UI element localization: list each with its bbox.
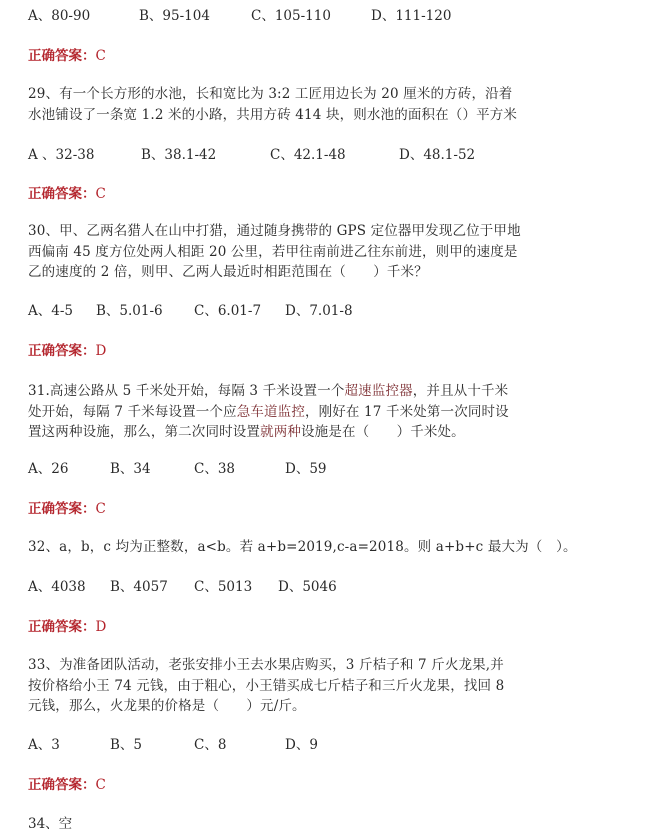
q32-correct-answer: 正确答案：D: [28, 619, 106, 635]
answer-letter: D: [96, 619, 107, 635]
q33-question-text: 33、为准备团队活动，老张安排小王去水果店购买，3 斤桔子和 7 斤火龙果,并 …: [28, 655, 558, 717]
answer-letter: C: [96, 48, 106, 64]
answer-letter: C: [96, 186, 106, 202]
q33-option-d: D、9: [285, 737, 318, 753]
q30-question-text: 30、甲、乙两名猎人在山中打猎，通过随身携带的 GPS 定位器甲发现乙位于甲地 …: [28, 221, 558, 283]
q28-option-d: D、111-120: [371, 8, 451, 24]
q34-question-text: 34、空: [28, 816, 72, 832]
q29-correct-answer: 正确答案：C: [28, 186, 106, 202]
q29-line-1: 29、有一个长方形的水池，长和宽比为 3:2 工匠用边长为 20 厘米的方砖，沿…: [28, 84, 558, 105]
q31-line-1-text-end: ，并且从十千米: [413, 383, 509, 399]
answer-letter: D: [96, 343, 107, 359]
q31-option-d: D、59: [285, 461, 327, 477]
q29-option-c: C、42.1-48: [270, 147, 346, 163]
q32-option-b: B、4057: [110, 579, 168, 595]
q32-option-c: C、5013: [194, 579, 252, 595]
answer-label: 正确答案：: [28, 186, 96, 202]
answer-label: 正确答案：: [28, 501, 96, 517]
q31-option-b: B、34: [110, 461, 151, 477]
q33-line-2: 按价格给小王 74 元钱，由于粗心，小王错买成七斤桔子和三斤火龙果，找回 8: [28, 676, 558, 697]
q31-option-a: A、26: [28, 461, 68, 477]
q32-option-a: A、4038: [28, 579, 86, 595]
q31-option-c: C、38: [194, 461, 235, 477]
q30-line-2: 西偏南 45 度方位处两人相距 20 公里，若甲往南前进乙往东前进，则甲的速度是: [28, 242, 558, 263]
q30-option-b: B、5.01-6: [96, 303, 163, 319]
q29-option-b: B、38.1-42: [141, 147, 216, 163]
answer-letter: C: [96, 777, 106, 793]
q33-option-a: A、3: [28, 737, 60, 753]
q32-option-d: D、5046: [278, 579, 337, 595]
q31-line-2-text: 处开始，每隔 7 千米每设置一个应: [28, 404, 237, 420]
q29-question-text: 29、有一个长方形的水池，长和宽比为 3:2 工匠用边长为 20 厘米的方砖，沿…: [28, 84, 558, 125]
q33-option-b: B、5: [110, 737, 142, 753]
q31-highlight-two-kinds: 就两种: [260, 424, 301, 440]
answer-label: 正确答案：: [28, 343, 96, 359]
q30-line-1: 30、甲、乙两名猎人在山中打猎，通过随身携带的 GPS 定位器甲发现乙位于甲地: [28, 221, 558, 242]
q30-option-a: A、4-5: [28, 303, 73, 319]
q30-correct-answer: 正确答案：D: [28, 343, 106, 359]
q31-line-2-text-end: ，刚好在 17 千米处第一次同时设: [305, 404, 509, 420]
q29-line-2: 水池铺设了一条宽 1.2 米的小路，共用方砖 414 块，则水池的面积在（）平方…: [28, 105, 558, 126]
q29-option-d: D、48.1-52: [399, 147, 475, 163]
q30-line-3: 乙的速度的 2 倍，则甲、乙两人最近时相距范围在（ ）千米？: [28, 262, 558, 283]
q33-option-c: C、8: [194, 737, 226, 753]
q33-line-3: 元钱，那么，火龙果的价格是（ ）元/斤。: [28, 696, 558, 717]
q31-correct-answer: 正确答案：C: [28, 501, 106, 517]
q31-highlight-lane-monitor: 急车道监控: [237, 404, 305, 420]
q30-option-d: D、7.01-8: [285, 303, 353, 319]
q28-option-c: C、105-110: [251, 8, 331, 24]
q28-option-a: A、80-90: [28, 8, 90, 24]
q33-line-1: 33、为准备团队活动，老张安排小王去水果店购买，3 斤桔子和 7 斤火龙果,并: [28, 655, 558, 676]
q28-correct-answer: 正确答案：C: [28, 48, 106, 64]
answer-letter: C: [96, 501, 106, 517]
q31-highlight-speed-monitor: 超速监控器: [345, 383, 413, 399]
q33-correct-answer: 正确答案：C: [28, 777, 106, 793]
q31-line-1: 31.高速公路从 5 千米处开始，每隔 3 千米设置一个超速监控器，并且从十千米: [28, 381, 558, 402]
q28-option-b: B、95-104: [139, 8, 210, 24]
answer-label: 正确答案：: [28, 619, 96, 635]
q31-line-3: 置这两种设施，那么，第二次同时设置就两种设施是在（ ）千米处。: [28, 422, 558, 443]
q31-line-1-text: 31.高速公路从 5 千米处开始，每隔 3 千米设置一个: [28, 383, 345, 399]
q29-option-a: A 、32-38: [28, 147, 94, 163]
document-page: A、80-90 B、95-104 C、105-110 D、111-120 正确答…: [0, 0, 664, 839]
q32-question-text: 32、a，b，c 均为正整数，a<b。若 a+b=2019,c-a=2018。则…: [28, 537, 558, 558]
answer-label: 正确答案：: [28, 777, 96, 793]
q31-line-2: 处开始，每隔 7 千米每设置一个应急车道监控，刚好在 17 千米处第一次同时设: [28, 402, 558, 423]
q31-line-3-text-end: 设施是在（ ）千米处。: [301, 424, 465, 440]
q31-question-text: 31.高速公路从 5 千米处开始，每隔 3 千米设置一个超速监控器，并且从十千米…: [28, 381, 558, 443]
answer-label: 正确答案：: [28, 48, 96, 64]
q30-option-c: C、6.01-7: [194, 303, 261, 319]
q32-line-1: 32、a，b，c 均为正整数，a<b。若 a+b=2019,c-a=2018。则…: [28, 537, 558, 558]
q31-line-3-text: 置这两种设施，那么，第二次同时设置: [28, 424, 260, 440]
